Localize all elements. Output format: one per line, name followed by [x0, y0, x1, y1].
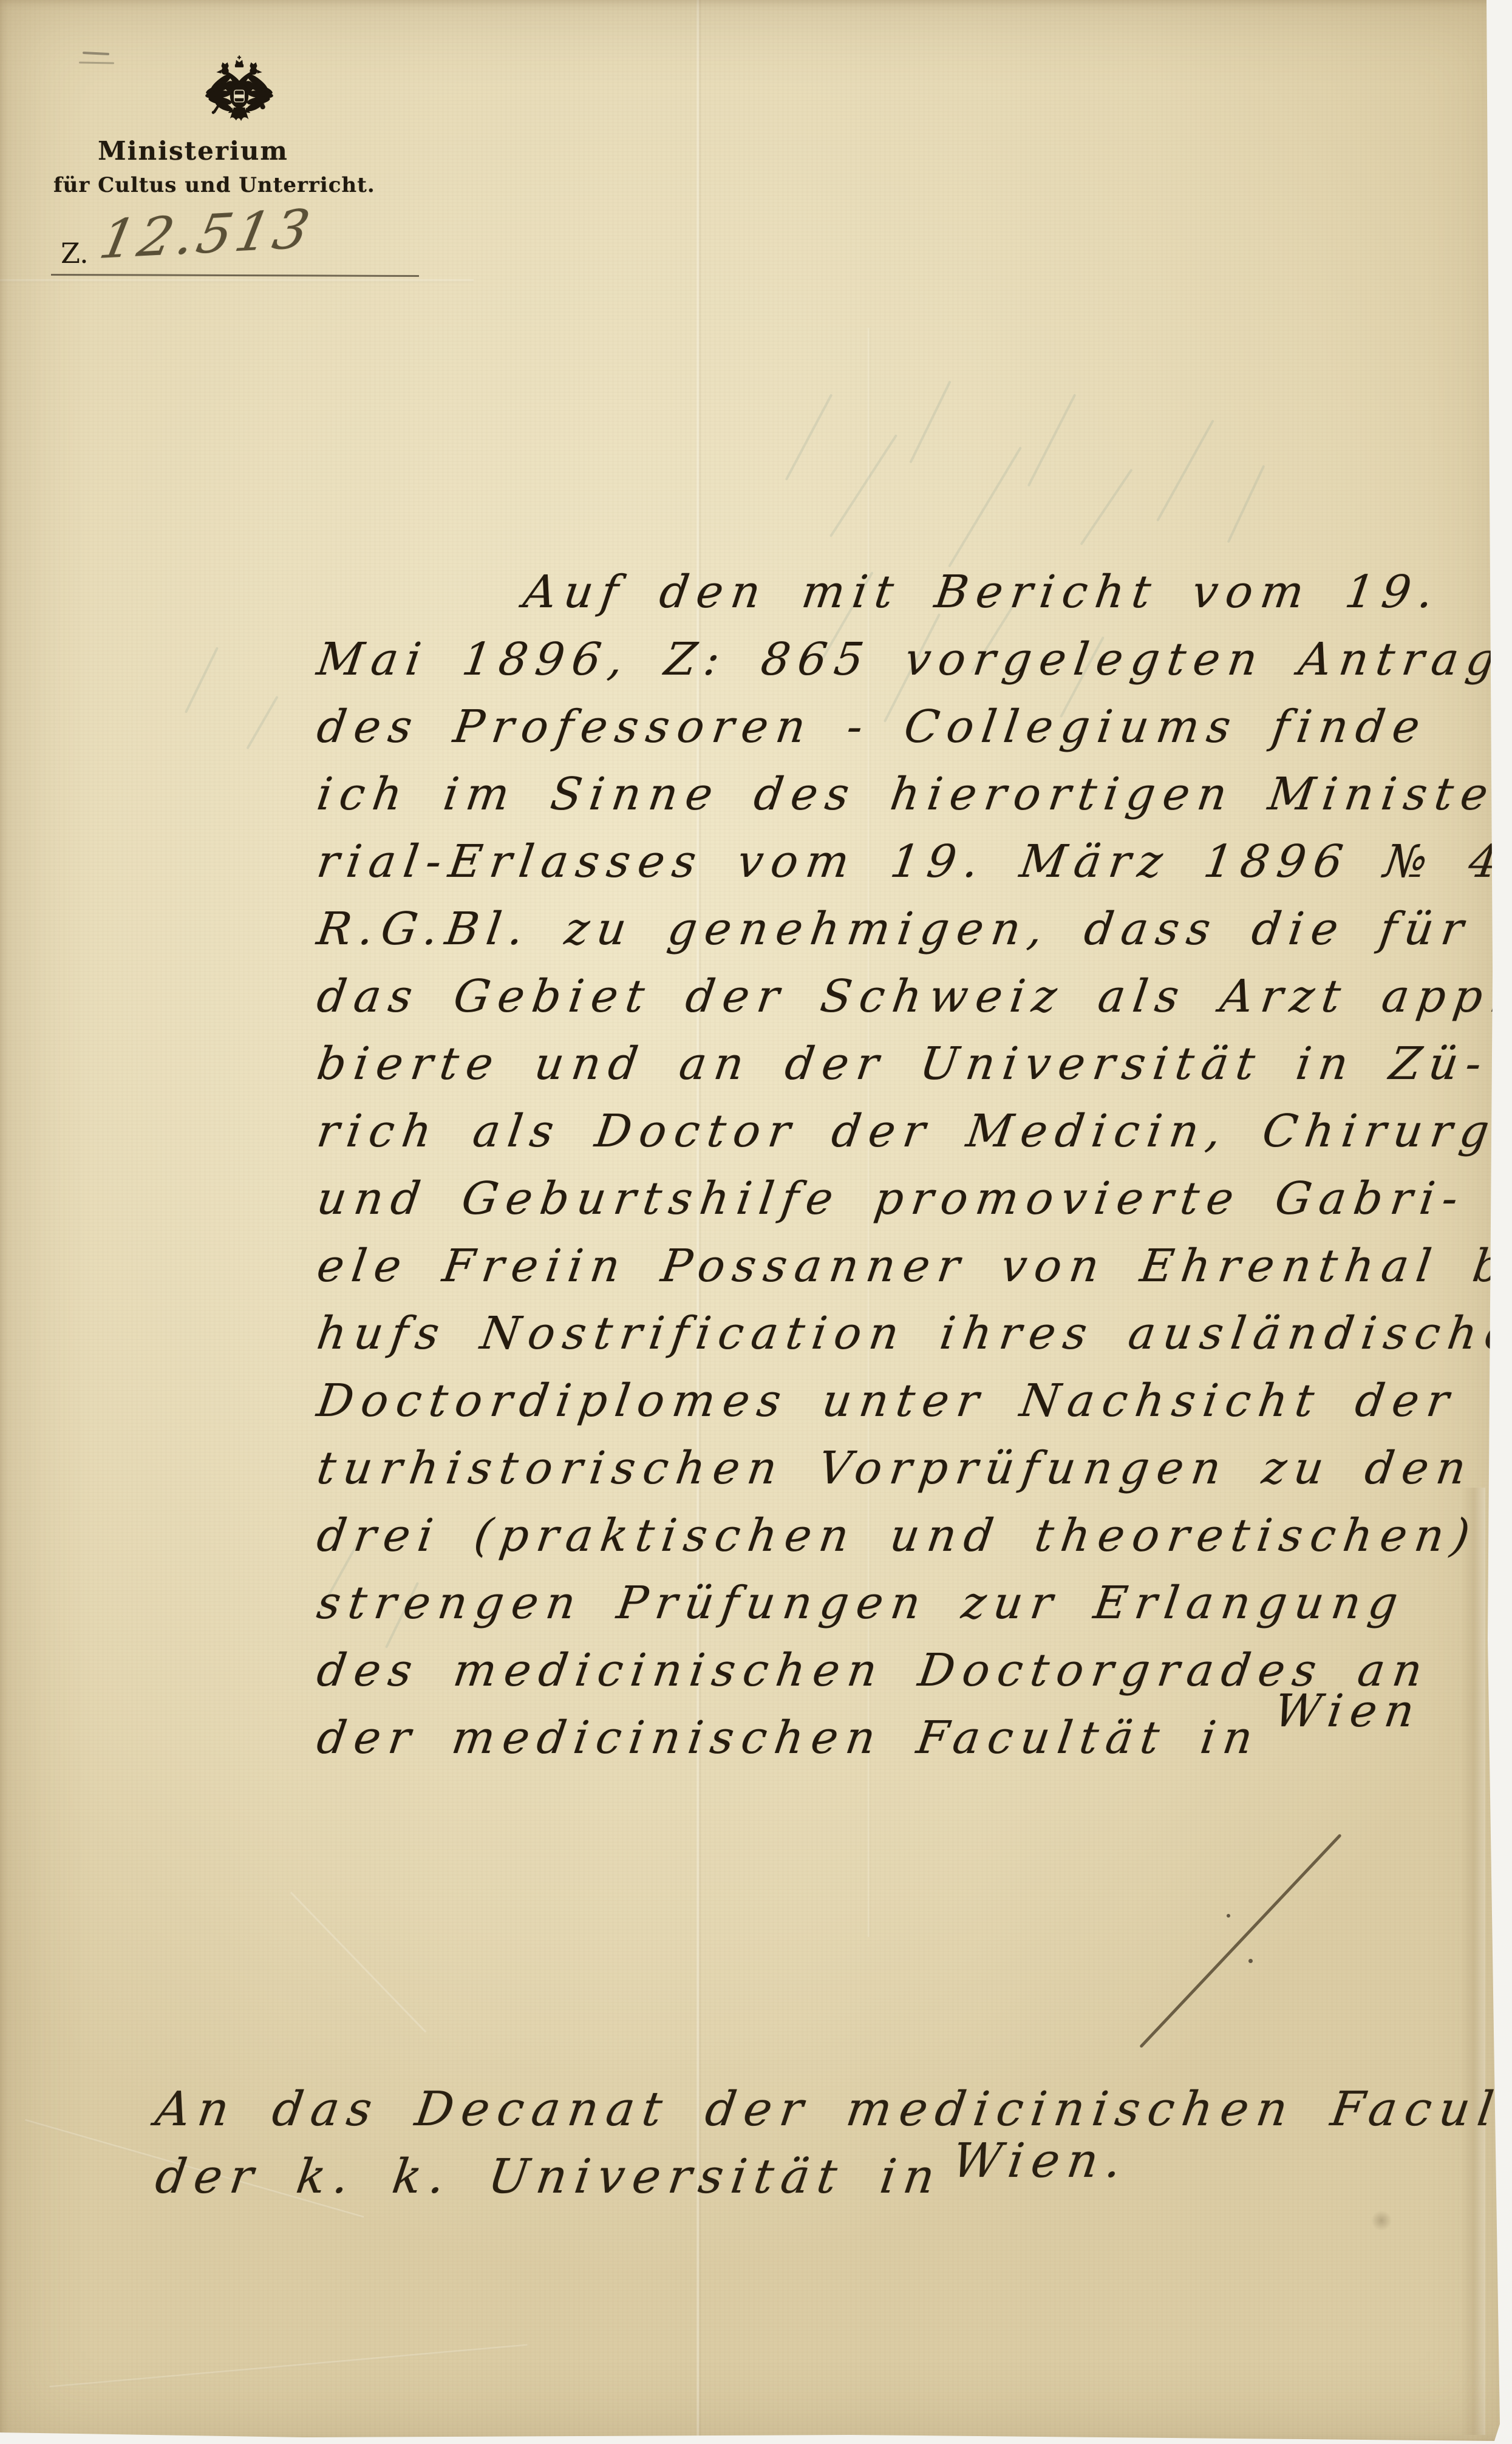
pencil-smudge — [79, 61, 114, 64]
horizontal-crease — [0, 279, 474, 282]
double-headed-eagle-emblem — [205, 55, 273, 126]
pencil-smudge — [83, 52, 109, 55]
address-raised-wien: Wien. — [949, 2134, 1133, 2188]
address-line-2-text: der k. k. Universität in — [152, 2150, 946, 2204]
stain-spot — [1371, 2210, 1392, 2231]
ink-dot — [1248, 1959, 1253, 1963]
handwritten-line: turhistorischen Vorprüfungen zu den — [313, 1435, 1512, 1502]
handwritten-line: ich im Sinne des hierortigen Ministe- — [313, 761, 1512, 828]
document-page: Ministerium für Cultus und Unterricht. Z… — [0, 0, 1512, 2444]
diagonal-crease — [49, 2344, 527, 2389]
raised-word-wien: Wien — [1271, 1685, 1425, 1737]
handwritten-line: R.G.Bl. zu genehmigen, dass die für — [313, 896, 1512, 963]
address-line-1: An das Decanat der medicinischen Facultä… — [152, 2072, 1512, 2139]
ministry-name-line1: Ministerium — [53, 136, 333, 166]
letterhead: Ministerium für Cultus und Unterricht. — [53, 136, 333, 197]
handwritten-line: ele Freiin Possanner von Ehrenthal be- — [313, 1233, 1512, 1300]
handwritten-line: hufs Nostrification ihres ausländischen — [313, 1300, 1512, 1367]
handwritten-line: Auf den mit Bericht vom 19. — [313, 559, 1512, 626]
handwritten-line: des Professoren - Collegiums finde — [313, 693, 1512, 761]
file-number-underline — [51, 274, 419, 277]
handwritten-line: und Geburtshilfe promovierte Gabri- — [313, 1165, 1512, 1233]
ministry-name-line2: für Cultus und Unterricht. — [53, 173, 333, 197]
handwritten-line: bierte und an der Universität in Zü- — [313, 1030, 1512, 1098]
last-line-text: der medicinischen Facultät in — [314, 1712, 1264, 1764]
file-number-label: Z. — [61, 237, 89, 270]
diagonal-crease — [290, 1891, 426, 2032]
check-slash-mark — [1139, 1834, 1342, 2048]
ink-dot — [1227, 1914, 1230, 1918]
handwritten-line: strengen Prüfungen zur Erlangung — [313, 1570, 1512, 1637]
handwritten-line: das Gebiet der Schweiz als Arzt appro- — [313, 963, 1512, 1030]
address-line-2: der k. k. Universität inWien. — [152, 2139, 1512, 2207]
handwritten-line: rich als Doctor der Medicin, Chirurgie — [313, 1098, 1512, 1165]
file-number-value: 12.513 — [95, 197, 318, 271]
handwritten-line: rial-Erlasses vom 19. März 1896 № 45 — [313, 828, 1512, 896]
handwritten-line-last: der medicinischen Facultät inWien — [313, 1704, 1512, 1772]
scan-background: Ministerium für Cultus und Unterricht. Z… — [0, 0, 1512, 2444]
handwritten-line: Doctordiplomes unter Nachsicht der na- — [313, 1367, 1512, 1435]
handwritten-body: Auf den mit Bericht vom 19. Mai 1896, Z:… — [313, 559, 1512, 1772]
handwritten-line: Mai 1896, Z: 865 vorgelegten Antrag — [313, 626, 1512, 693]
address-block: An das Decanat der medicinischen Facultä… — [152, 2072, 1512, 2207]
handwritten-line: drei (praktischen und theoretischen) — [313, 1502, 1512, 1570]
